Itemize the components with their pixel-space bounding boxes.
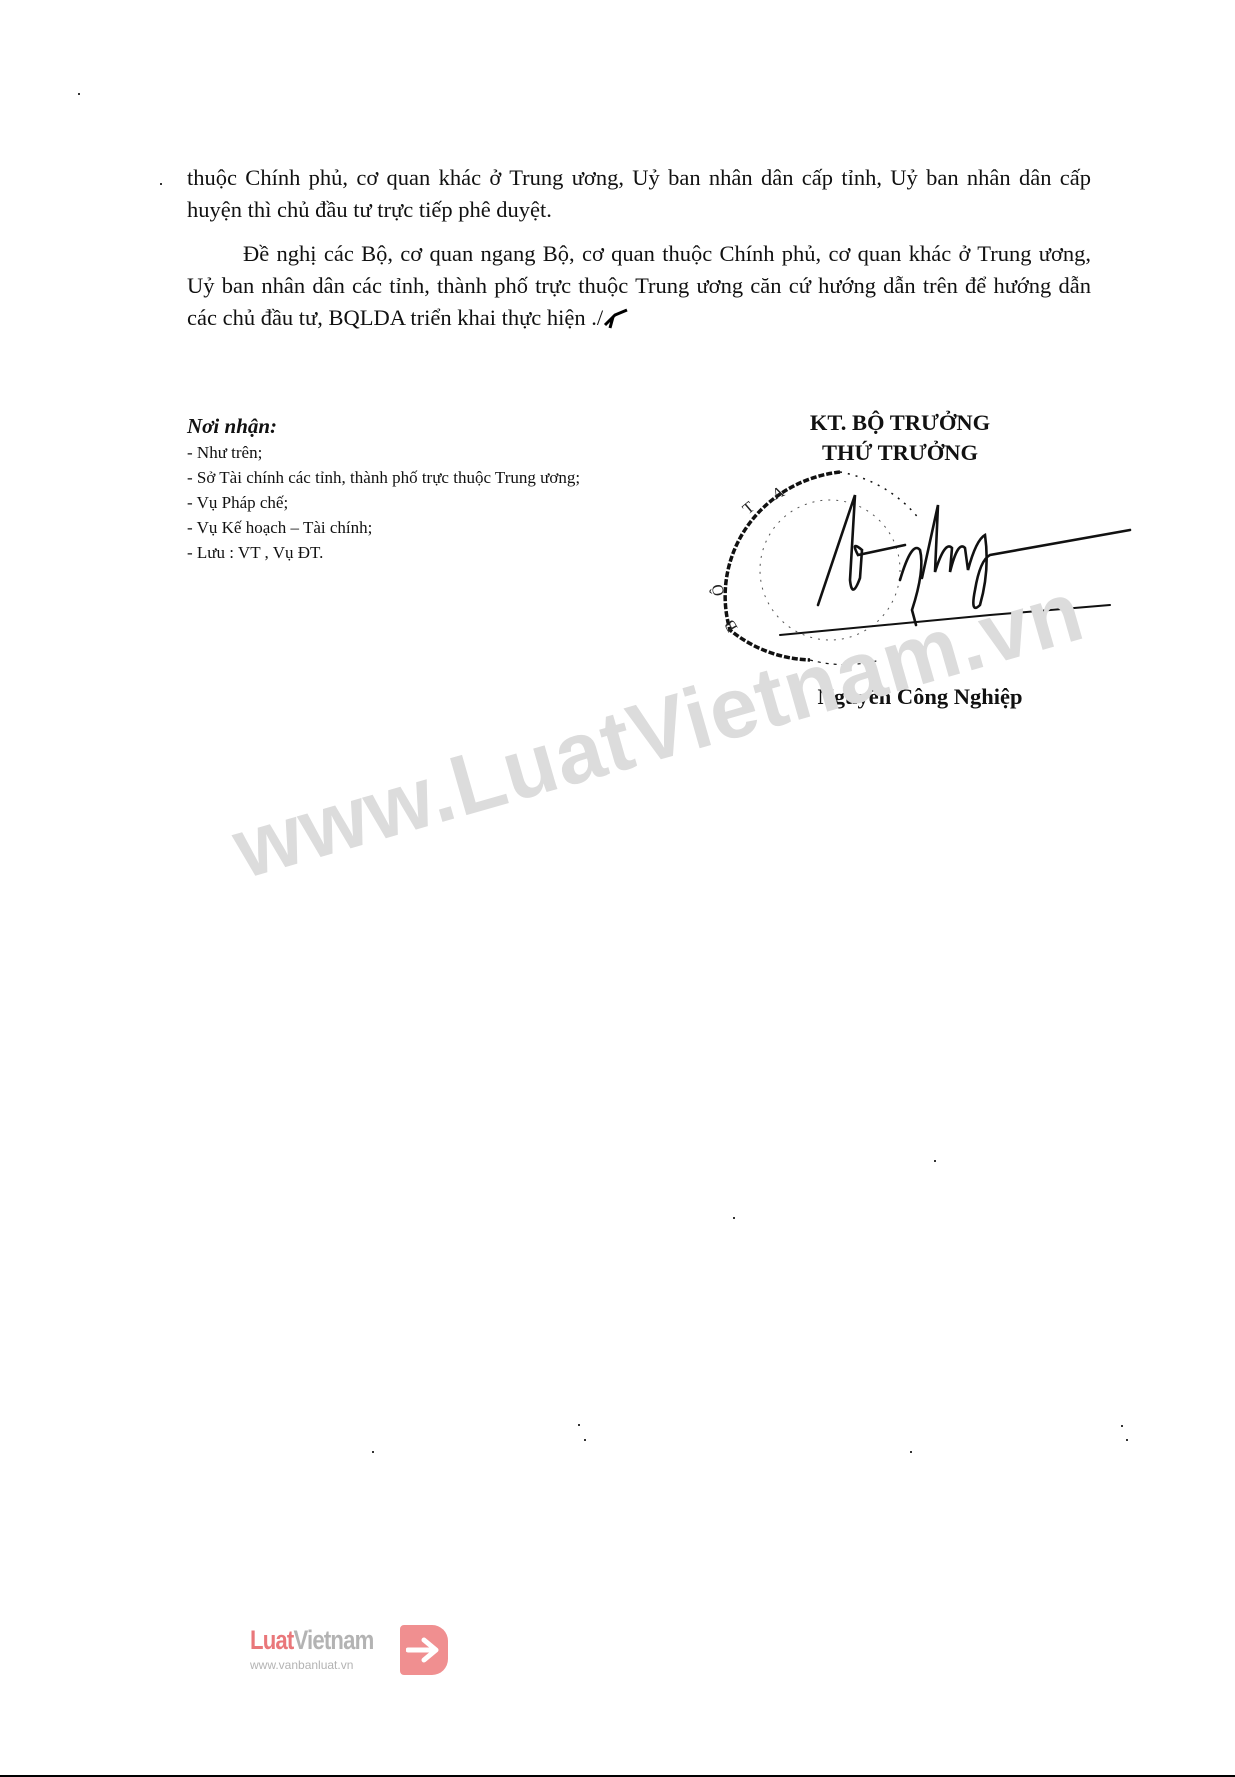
recipient-item: - Như trên; <box>187 440 647 465</box>
recipient-item: - Sở Tài chính các tỉnh, thành phố trực … <box>187 465 647 490</box>
signer-title-line1: KT. BỘ TRƯỞNG <box>740 408 1060 438</box>
signer-title-block: KT. BỘ TRƯỞNG THỨ TRƯỞNG <box>740 408 1060 468</box>
body-paragraph: thuộc Chính phủ, cơ quan khác ở Trung ươ… <box>187 162 1091 226</box>
recipients-block: Nơi nhận: - Như trên; - Sở Tài chính các… <box>187 412 647 565</box>
stamp-letter: Ô <box>707 583 728 598</box>
brand-logo[interactable]: LuatVietnam www.vanbanluat.vn <box>250 1625 460 1680</box>
scan-dust <box>160 183 162 185</box>
scan-dust <box>934 1160 936 1162</box>
watermark: www.LuatVietnam.vn <box>223 562 1094 899</box>
stamp-letter: B <box>721 617 741 635</box>
scan-dust <box>910 1451 912 1453</box>
scan-dust <box>372 1451 374 1453</box>
scan-dust <box>78 93 80 95</box>
scan-dust <box>584 1439 586 1441</box>
recipient-item: - Lưu : VT , Vụ ĐT. <box>187 540 647 565</box>
logo-url: www.vanbanluat.vn <box>250 1658 353 1672</box>
scan-dust <box>733 1217 735 1219</box>
initial-mark-icon <box>603 307 629 329</box>
recipients-title: Nơi nhận: <box>187 412 647 440</box>
logo-wordmark: LuatVietnam <box>250 1625 373 1656</box>
logo-wordmark-part2: Vietnam <box>293 1625 373 1655</box>
body-text: thuộc Chính phủ, cơ quan khác ở Trung ươ… <box>187 162 1091 334</box>
scan-dust <box>1126 1439 1128 1441</box>
recipient-item: - Vụ Kế hoạch – Tài chính; <box>187 515 647 540</box>
body-paragraph: Đề nghị các Bộ, cơ quan ngang Bộ, cơ qua… <box>187 238 1091 334</box>
scan-dust <box>1121 1425 1123 1427</box>
arrow-right-icon <box>400 1625 448 1675</box>
body-paragraph-text: Đề nghị các Bộ, cơ quan ngang Bộ, cơ qua… <box>187 241 1091 330</box>
document-page: thuộc Chính phủ, cơ quan khác ở Trung ươ… <box>0 0 1235 1777</box>
recipient-item: - Vụ Pháp chế; <box>187 490 647 515</box>
scan-dust <box>578 1424 580 1426</box>
logo-wordmark-part1: Luat <box>250 1625 293 1655</box>
